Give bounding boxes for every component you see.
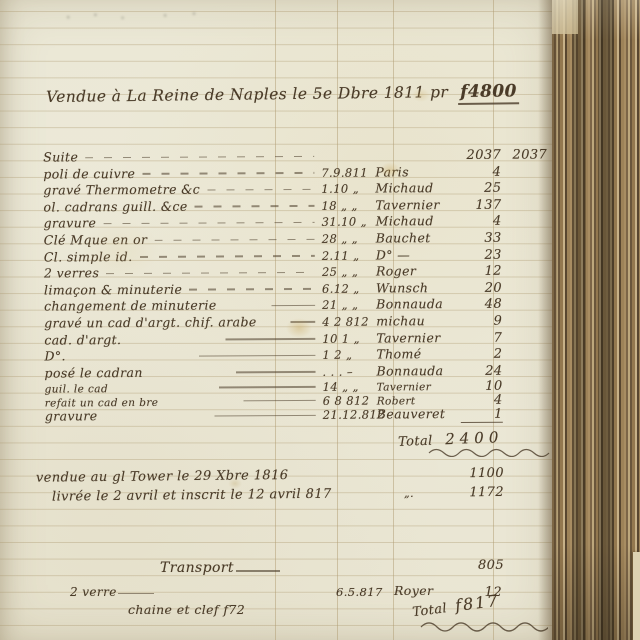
entry-amount: 4 [459,164,501,179]
entry-description: poli de cuivre [43,166,135,182]
dash-leader [105,415,316,418]
bottom-entry-date: 6.5.817 [336,585,383,599]
entry-name: Michaud [376,213,460,229]
entry-amount: 20 [460,280,502,295]
entry-description: 2 verres [44,265,99,280]
entry-date: 31.10 „ [322,215,376,229]
entry-date: 14 „ „ [323,380,377,394]
entry-date: 4 2 812 [322,314,376,328]
entry-amount: 2 [460,347,502,362]
entry-amount: 25 [459,181,501,196]
dash-leader [115,386,316,389]
entry-amount: 9 [460,314,502,329]
transport-label: Transport [160,560,234,576]
ditto-mark: „. [404,486,448,499]
entry-amount: 12 [460,264,502,279]
entry-name: Michaud [375,180,459,196]
entry-name: Wunsch [376,280,460,296]
entry-date: 28 „ „ [322,231,376,245]
entry-amount: 48 [460,297,502,312]
entry-amount: 1 [461,407,503,423]
page-header: Vendue à La Reine de Naples le 5e Dbre 1… [46,81,546,107]
entry-name [375,159,459,160]
dash-leader [85,155,314,158]
entry-date: 21.12.812 [323,408,377,422]
entry-amount: 7 [460,330,502,345]
entry-date: 10 1 „ [322,331,376,345]
entry-date: 18 „ „ [321,198,375,212]
ledger-page: Vendue à La Reine de Naples le 5e Dbre 1… [0,0,552,640]
page-edge-top-corner [552,0,578,34]
dash-leader [224,305,315,307]
dash-leader [264,321,316,323]
entry-description: gravé Thermometre &c [43,182,200,198]
entry-description: gravure [45,409,98,424]
sale-note-text: livrée le 2 avril et inscrit le 12 avril… [52,487,332,505]
entry-date: 7.9.811 [321,165,375,179]
entry-name: Tavernier [377,381,461,394]
entry-name: michau [376,313,460,329]
entry-amount: 4 [460,214,502,229]
entry-date: 6 8 812 [323,393,377,407]
dash-leader [154,238,314,240]
entry-description: D°. [44,349,66,364]
entry-name: Roger [376,263,460,279]
entry-name: Bonnauda [376,363,460,379]
dash-leader [142,172,314,175]
sale-note-text: vendue au gl Tower le 29 Xbre 1816 [36,468,289,486]
dash-leader [165,400,315,402]
entry-name: Tavernier [375,197,459,213]
entry-description: guil. le cad [45,383,109,395]
ledger-page-photo: Vendue à La Reine de Naples le 5e Dbre 1… [0,0,640,640]
entry-name: Bauchet [376,230,460,246]
sale-note-row: livrée le 2 avril et inscrit le 12 avril… [52,484,548,504]
dash-leader [73,355,316,358]
book-page-edges [552,0,640,640]
entry-description: changement de minuterie [44,298,217,314]
dash-leader [106,272,315,275]
entry-description: Clé Mque en or [44,232,148,248]
bottom-entry-dash [118,593,154,594]
entry-amount: 137 [459,198,501,213]
entry-description: limaçon & minuterie [44,281,182,297]
entry-amount: 2037 [459,148,501,163]
entry-name: D° — [376,247,460,263]
entry-date: 6.12 „ [322,281,376,295]
entry-date: 21 „ „ [322,298,376,312]
header-amount: f4800 [458,81,519,105]
page-edge-sliver [633,552,640,640]
dash-leader [189,288,315,290]
dash-leader [103,222,314,225]
entry-amount: 33 [460,231,502,246]
entry-amount: 4 [461,393,503,408]
entry-date: . . . – [322,364,376,378]
dash-leader [207,189,314,191]
entry-description: refait un cad en bre [45,397,159,410]
entry-description: gravé un cad d'argt. chif. arabe [44,314,257,330]
entry-description: ol. cadrans guill. &ce [43,198,187,214]
transport-dash [236,570,280,572]
sale-note-amount: 1100 [448,465,548,481]
wavy-underline [428,448,550,457]
entry-name: Paris [375,164,459,180]
total-value: 2400 [445,428,504,448]
entry-date: 25 „ „ [322,265,376,279]
dash-leader [150,371,316,374]
entry-date: 2.11 „ [322,248,376,262]
entry-name: Thomé [376,346,460,362]
entry-amount-2: 2037 [501,147,547,162]
bottom-entry-name: Royer [394,583,433,598]
entry-date: 1.10 „ [321,182,375,196]
bottom-total-label: Total [412,601,448,620]
ledger-total: Total 2400 [398,428,504,450]
entry-date: 1 2 „ [322,348,376,362]
entry-amount: 24 [460,363,502,378]
sale-note-amount: 1172 [448,484,548,500]
entry-name: Beauveret [377,406,461,422]
entry-description: posé le cadran [44,365,142,381]
entry-description: gravure [44,216,97,231]
transport-amount: 805 [452,558,504,573]
dash-leader [128,338,315,341]
bottom-note: chaine et clef f72 [128,602,245,617]
ledger-rows: Suite20372037poli de cuivre7.9.811Paris4… [43,146,549,425]
bottom-entry-description: 2 verre [70,585,117,599]
entry-amount: 23 [460,247,502,262]
entry-description: Cl. simple id. [44,249,133,265]
sale-note-row: vendue au gl Tower le 29 Xbre 1816 1100 [36,465,548,485]
header-text: Vendue à La Reine de Naples le 5e Dbre 1… [46,83,448,106]
entry-description: cad. d'argt. [44,332,121,347]
faint-bleedthrough-marks [58,10,228,22]
wavy-underline [420,622,548,632]
entry-description: Suite [43,149,78,164]
entry-name: Tavernier [376,330,460,346]
entry-name: Bonnauda [376,296,460,312]
dash-leader [195,205,315,207]
dash-leader [140,255,315,258]
